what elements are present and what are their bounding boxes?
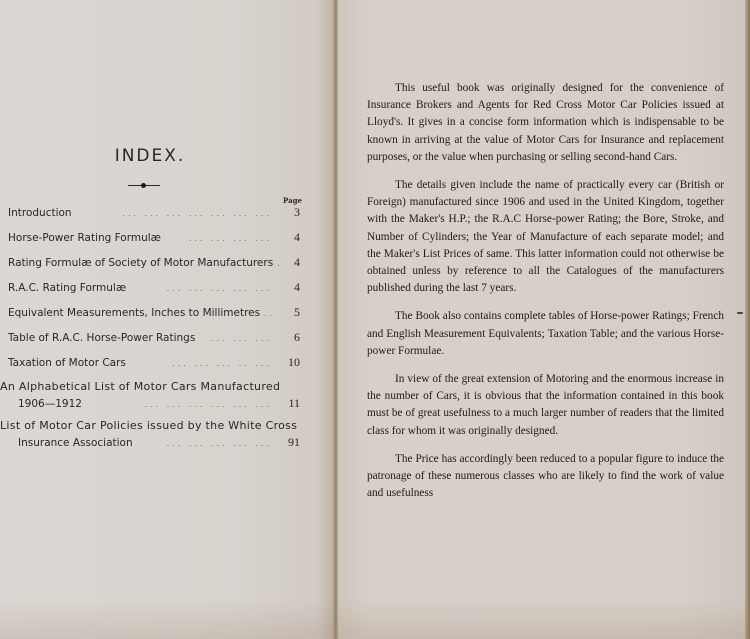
paragraph: The Price has accordingly been reduced t… <box>367 451 724 503</box>
paper-blemish <box>737 312 743 314</box>
toc-leader-dots: ... ... ... ... ... <box>126 284 276 293</box>
toc-entry: Introduction ... ... ... ... ... ... ...… <box>0 205 300 224</box>
toc-page-number: 91 <box>276 435 300 450</box>
index-title: INDEX. <box>0 146 300 166</box>
toc-entry-label: Taxation of Motor Cars <box>0 357 126 369</box>
toc-leader-dots: ... <box>260 309 276 318</box>
toc-entry-label: Rating Formulæ of Society of Motor Manuf… <box>0 257 273 269</box>
page-column-label: Page <box>283 196 302 205</box>
toc-entry-label: Equivalent Measurements, Inches to Milli… <box>0 307 260 319</box>
toc-entry: Taxation of Motor Cars ... ... ... .. ..… <box>0 355 300 374</box>
toc-entry-label: An Alphabetical List of Motor Cars Manuf… <box>0 380 300 393</box>
toc-entry-label: R.A.C. Rating Formulæ <box>0 282 126 294</box>
paragraph: The Book also contains complete tables o… <box>367 308 724 360</box>
toc-leader-dots: ... ... ... ... <box>161 234 276 243</box>
preface-text: This useful book was originally designed… <box>367 80 724 513</box>
toc-entry: Rating Formulæ of Society of Motor Manuf… <box>0 255 300 274</box>
toc-entry-label-continued: Insurance Association <box>18 437 133 449</box>
toc-page-number: 4 <box>276 280 300 295</box>
paragraph: In view of the great extension of Motori… <box>367 371 724 440</box>
toc-leader-dots: ... ... ... ... ... ... <box>82 400 276 409</box>
toc-entry: List of Motor Car Policies issued by the… <box>0 419 300 450</box>
toc-entry-label-continued: 1906—1912 <box>18 398 82 410</box>
toc-entry-label: Table of R.A.C. Horse-Power Ratings <box>0 332 195 344</box>
toc-page-number: 11 <box>276 396 300 411</box>
toc-entry-label: Horse-Power Rating Formulæ <box>0 232 161 244</box>
toc-leader-dots: ... ... ... ... ... <box>133 439 276 448</box>
toc-entry: Horse-Power Rating Formulæ ... ... ... .… <box>0 230 300 249</box>
toc-entry-label: List of Motor Car Policies issued by the… <box>0 419 300 432</box>
toc-entry-label: Introduction <box>0 207 72 219</box>
toc-leader-dots: ... <box>273 259 281 268</box>
paragraph: This useful book was originally designed… <box>367 80 724 166</box>
toc-page-number: 4 <box>276 230 300 245</box>
toc-entry: Table of R.A.C. Horse-Power Ratings ... … <box>0 330 300 349</box>
toc-leader-dots: ... ... ... .. ... <box>126 359 276 368</box>
toc-page-number: 10 <box>276 355 300 370</box>
toc-page-number: 4 <box>281 255 300 270</box>
toc-entry: Equivalent Measurements, Inches to Milli… <box>0 305 300 324</box>
toc-page-number: 5 <box>276 305 300 320</box>
toc-leader-dots: ... ... ... ... ... ... ... <box>72 209 276 218</box>
toc-page-number: 3 <box>276 205 300 220</box>
toc-entry: An Alphabetical List of Motor Cars Manuf… <box>0 380 300 411</box>
toc-leader-dots: ... ... ... <box>195 334 276 343</box>
book-spread: INDEX. Page Introduction ... ... ... ...… <box>0 0 750 639</box>
ornament-rule-icon <box>128 185 160 186</box>
table-of-contents: Introduction ... ... ... ... ... ... ...… <box>0 205 300 458</box>
page-edge <box>745 0 750 639</box>
toc-entry: R.A.C. Rating Formulæ ... ... ... ... ..… <box>0 280 300 299</box>
toc-page-number: 6 <box>276 330 300 345</box>
paragraph: The details given include the name of pr… <box>367 177 724 297</box>
